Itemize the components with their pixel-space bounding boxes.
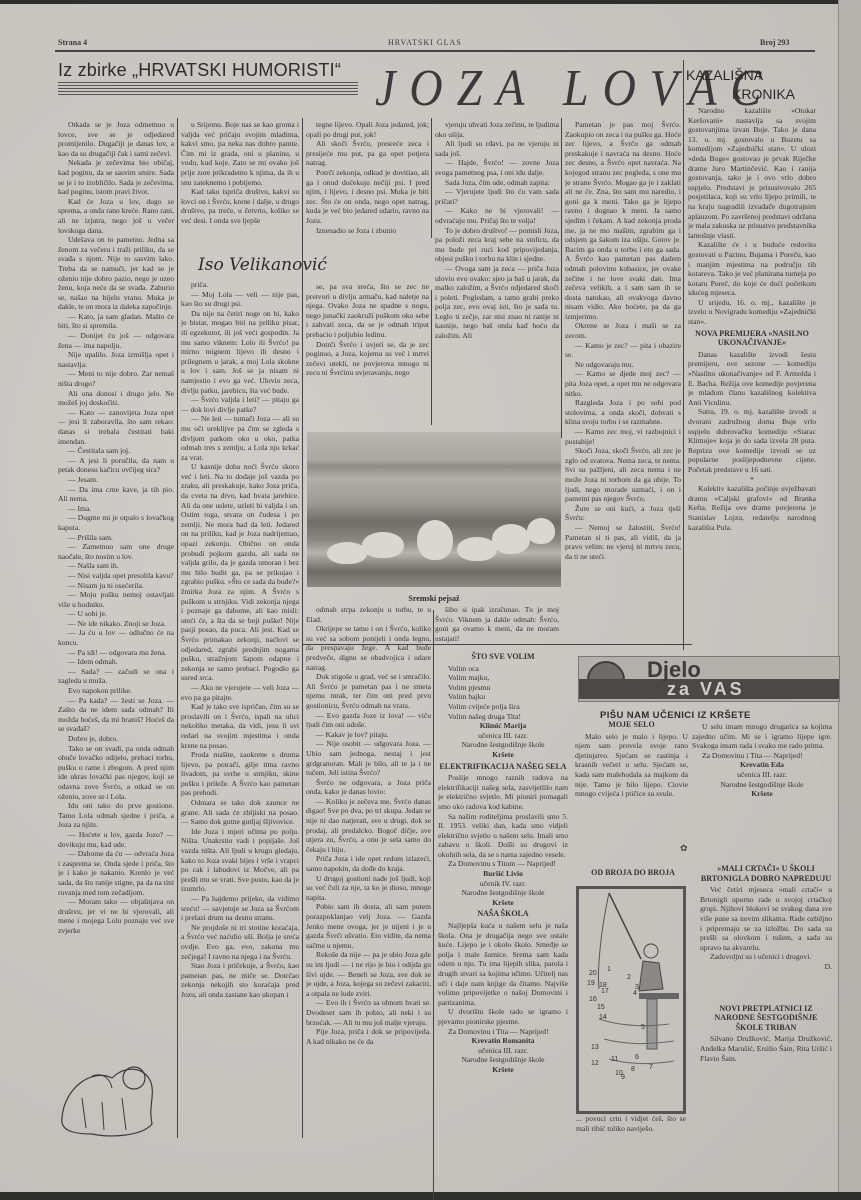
story-column-3-mid: se, pa sva sreća, što se zec ne pretvori… <box>306 282 429 425</box>
svg-text:1: 1 <box>607 966 611 973</box>
children-page-banner: Djelo za VAS <box>578 656 840 702</box>
paragraph: — Evo ih i Švrćo sa ohnom hvati se. Dvod… <box>306 998 431 1027</box>
article-grade: učenica III. razr. <box>692 770 832 780</box>
paragraph: — Dugme mi je otpalo s lovačkog kaputa. <box>58 513 174 532</box>
scan-bottom-edge <box>0 1192 861 1200</box>
article-title: ELEKTRIFIKACIJA NAŠEG SELA <box>438 762 568 772</box>
paragraph: — Hajde, Švrćo! — zovne Joza svoga pamet… <box>435 158 559 177</box>
paragraph: Silvano Družković, Marija Družković, Anđ… <box>700 1034 832 1063</box>
paragraph: Ali skoči Švrćo, presreće zeca i presije… <box>306 139 429 168</box>
paragraph: se, pa sva sreća, što se zec ne pretvori… <box>306 282 429 340</box>
svg-text:13: 13 <box>591 1044 599 1051</box>
paragraph: — Evo gazda Joze iz lova! — viču ljudi č… <box>306 711 431 730</box>
scan-top-edge <box>0 0 861 4</box>
svg-text:2: 2 <box>627 974 631 981</box>
article-title: NAŠA ŠKOLA <box>438 909 568 919</box>
svg-text:18: 18 <box>599 982 607 989</box>
newspaper-name: HRVATSKI GLAS <box>388 38 462 47</box>
paragraph: u Srijemu. Boje nas se kao groma i valjd… <box>181 120 299 187</box>
paragraph: — Sada? — začudi se ona i zagleda u muža… <box>58 667 174 686</box>
article-title: NOVI PRETPLATNICI IZ NARODNE ŠESTGODIŠNJ… <box>700 1004 832 1033</box>
paragraph: — Pa idi! — odgovara mu žena. <box>58 648 174 658</box>
poem-line: Volim cvijeće polja šira <box>438 702 568 712</box>
paragraph: — Kakav je lov? pitaju. <box>306 730 431 740</box>
svg-text:4: 4 <box>633 990 637 997</box>
issue-label: Broj 293 <box>760 38 789 47</box>
paragraph: Sada Joza, čim ude, odmah zapita: <box>435 178 559 188</box>
paragraph: Tako se on svadi, pa onda odmah obuče lo… <box>58 744 174 802</box>
svg-text:11: 11 <box>611 1056 618 1063</box>
article-school: Narodne šestgodišnje škole <box>692 780 832 790</box>
paragraph: Za Domovinu i Tita — Naprijed! <box>438 1027 568 1037</box>
ornament-icon: ✿ <box>680 843 688 854</box>
paragraph: Pije Joza, priča i dok se pripovijeda. A… <box>306 1027 431 1046</box>
paragraph: Dobro je, dobro. <box>58 734 174 744</box>
paragraph: Sutra, 19. o. mj. kazalište izvodi u dvo… <box>688 407 816 474</box>
paragraph: — Meni to nije dobro. Zar nemaš ništa dr… <box>58 369 174 388</box>
poem-line: Volim pjesmu <box>438 683 568 693</box>
paragraph: — Kamo je zec? — pita i obazire se. <box>565 341 681 360</box>
paragraph: — Našla sam ih. <box>58 561 174 571</box>
paragraph: — Ne leti — tumači Joza — ali su mu oči … <box>181 414 299 462</box>
svg-text:5: 5 <box>641 1024 645 1031</box>
paragraph: Skoči Joza, skoči Švrćo, ali zec je zglo… <box>565 446 681 504</box>
paragraph: Da nije na četiri noge on bi, kako je bi… <box>181 309 299 395</box>
story-column-1: Otkada se je Joza odmetnuo u lovce, sve … <box>58 120 174 1030</box>
story-column-2-top: u Srijemu. Boje nas se kao groma i valjd… <box>181 120 299 238</box>
theater-chronicle-title: KAZALIŠNA KRONIKA <box>686 66 795 104</box>
story-column-3-bottom: odmah strpa zekonju u torbu, te u Elad.O… <box>306 605 431 1140</box>
paragraph: vjeruju uhvati Joza zečinu, te ljudima o… <box>435 120 559 139</box>
paragraph: U dvorištu škole rado se igramo i pjevam… <box>438 1007 568 1026</box>
paragraph: — Pa kada? — žesti se Joza. — Zašto da n… <box>58 696 174 734</box>
article-signature: D. <box>700 962 832 972</box>
article-author: Krevatin Eda <box>692 760 832 770</box>
article-place: Kršete <box>692 789 832 799</box>
column-rule <box>561 118 562 438</box>
paragraph: U drugoj gostioni nađe još ljudi, koji s… <box>306 874 431 903</box>
paragraph: Udešava on to pametno. Jedna sa ženom za… <box>58 235 174 312</box>
paragraph: — Ne ide nikako. Znoji se Joza. <box>58 619 174 629</box>
paragraph: — Da ima crne kave, ja tih pio. Ali nema… <box>58 485 174 504</box>
paragraph: — U sobi je. <box>58 609 174 619</box>
svg-text:16: 16 <box>589 996 597 1003</box>
paragraph: — Moju pušku nemoj ostavljati više u hod… <box>58 590 174 609</box>
ornament: * <box>688 475 816 485</box>
paragraph: Kad će Joza u lov, dugo se sprema, a ond… <box>58 197 174 235</box>
puzzle-title: OD BROJA DO BROJA <box>578 868 688 878</box>
article-school: Narodne šestgodišnje škole <box>438 888 568 898</box>
paragraph: — Prišila sam. <box>58 533 174 543</box>
kicker-underline <box>58 82 358 96</box>
paragraph: Poslije mnogo raznih radova na elektrifi… <box>438 773 568 811</box>
poem-line: Volim oca <box>438 664 568 674</box>
article-grade: učenica III. razr. <box>438 1046 568 1056</box>
paragraph: Žure se oni kući, a Joza tješi Švrću: <box>565 504 681 523</box>
page-label: Strana 4 <box>58 38 87 47</box>
puzzle-caption-wrap: ... povuci crtu i vidjet ćeš, što se mal… <box>576 1114 686 1144</box>
article-author: Krevatin Romanita <box>438 1036 568 1046</box>
paragraph: U kasnije doba noći Švrćo skoro već i le… <box>181 462 299 683</box>
paragraph: Kad je tako sve ispričao, čim su se pros… <box>181 702 299 750</box>
paragraph: — Švrćo valjda i leti? — pitaju ga — dok… <box>181 395 299 414</box>
paragraph: — Nisi valjda opet presolila kavu? <box>58 571 174 581</box>
paragraph: — Zametnuo sam one druge naočale, što no… <box>58 542 174 561</box>
paragraph: Okrene se Joza i maši se za zecom. <box>565 321 681 340</box>
paragraph: — A jesi li poručila, da nam u petak don… <box>58 456 174 475</box>
paragraph: — Koliko je zečeva me, Švrćo danas digao… <box>306 797 431 855</box>
theater-chronicle-column: Narodno kazalište »Otokar Keršovani« nas… <box>688 106 816 646</box>
paragraph: Nije upalilo. Joza izmišlja opet i nasta… <box>58 350 174 369</box>
story-column-4-bottom: šibo si ipak izračunao. Tu je moj Švrćo.… <box>435 605 559 645</box>
moje-selo-article-cont: U selu imam mnogo drugarica sa kojima za… <box>692 722 832 842</box>
paragraph: Iznenadio se Joza i zbunio <box>306 226 429 236</box>
paragraph: Stao Joza i pričekuje, a Švrćo, kao pame… <box>181 961 299 999</box>
paragraph: Otkada se je Joza odmetnuo u lovce, sve … <box>58 120 174 158</box>
child-with-dog-sketch <box>52 1058 162 1140</box>
paragraph: Zadovoljni su i učenici i drugovi. <box>700 952 832 962</box>
newspaper-page: Strana 4 HRVATSKI GLAS Broj 293 Iz zbirk… <box>0 0 861 1200</box>
paragraph: — Vjerujete ljudi što ću vam sada pričat… <box>435 187 559 206</box>
premiere-title: NOVA PREMIJERA »NASILNO UKONAČIVANJE« <box>688 329 816 348</box>
puzzle-title-wrap: OD BROJA DO BROJA <box>578 866 688 880</box>
paragraph: — Moj Lola — veli — nije pas, kao što su… <box>181 290 299 309</box>
svg-text:12: 12 <box>591 1060 599 1067</box>
paragraph: Kazalište će i u buduće redovito gostova… <box>688 240 816 298</box>
paragraph: — Hoćete u lov, gazda Jozo? — dovikuju m… <box>58 830 174 849</box>
paragraph: — Ja ću u lov — odlučno će na koncu. <box>58 628 174 647</box>
paragraph: Potrči zekonja, odkud je dovitiao, ali g… <box>306 168 429 226</box>
paragraph: Sa našim roditeljima proslavili smo 5. I… <box>438 812 568 860</box>
paragraph: — Pa hajdemo prijeko, da vidimo sreću! —… <box>181 894 299 923</box>
photo-caption: Sremski pejsaž <box>307 594 561 603</box>
svg-text:8: 8 <box>631 1066 635 1073</box>
paragraph: Već četiri mjeseca »mali crtači« u Brton… <box>700 885 832 952</box>
paragraph: Kolektiv kazališta počinje uvježbavati d… <box>688 484 816 532</box>
paragraph: — Nemoj se žalostiti, Švrćo! Pametan si … <box>565 523 681 561</box>
landscape-photo <box>307 432 561 587</box>
poem-line: Volim našeg druga Tita! <box>438 712 568 722</box>
paragraph: Proda mašite, zaokrene s druma lijevo, p… <box>181 750 299 798</box>
poem-line: Volim majku, <box>438 673 568 683</box>
paragraph: Okrijepe se tamo i on i Švrćo, koliko su… <box>306 624 431 672</box>
paragraph: Danas kazalište izvodi šestu premijeru, … <box>688 350 816 408</box>
svg-text:7: 7 <box>649 1064 653 1071</box>
story-column-2: priča.— Moj Lola — veli — nije pas, kao … <box>181 280 299 1140</box>
paragraph: — Donijet ću još — odgovara žena — ima n… <box>58 331 174 350</box>
paragraph: Dotrči Švrćo i uvjeri se, da je zec pogi… <box>306 340 429 378</box>
paragraph: Pobio sam ih dosta, ali sam putem porazp… <box>306 902 431 950</box>
paragraph: Ne projdoše ni tri stotine koraćaja, a Š… <box>181 923 299 961</box>
paragraph: Malo selo je malo i lijepo. U njem sam p… <box>575 732 688 799</box>
paragraph: — Čestitala sam joj. <box>58 446 174 456</box>
article-place: Kršete <box>438 898 568 908</box>
article-author: Buršić Livio <box>438 869 568 879</box>
article-title: ŠTO SVE VOLIM <box>438 652 568 662</box>
paragraph: Ali ona donosi i drugo jelo. Ne možeš jo… <box>58 389 174 408</box>
article-grade: učenik IV. razr. <box>438 879 568 889</box>
paragraph: Rekoše da nije — pa je ubio Joza gde su … <box>306 950 431 998</box>
story-column-5: Pametan je pas moj Švrćo. Zaokupio on ze… <box>565 120 681 640</box>
paragraph: Dok stigoše u grad, već se i smračilo. A… <box>306 672 431 710</box>
column-rule <box>177 118 178 1138</box>
article-school: Narodne šestgodišnje škole <box>438 740 568 750</box>
fisherman-dot-puzzle-icon: 1234567891011121314151617181920 <box>579 889 683 1111</box>
paragraph: Odmara se tako dok zaunce ne grane. Ali … <box>181 798 299 827</box>
paragraph: — Nisam ju ni osećerila. <box>58 581 174 591</box>
paragraph: To je dobro društvo! — pomisli Joza, pa … <box>435 226 559 264</box>
column-rule <box>431 290 432 425</box>
article-title: »MALI CRTAČI« U ŠKOLI BRTONIGLA DOBRO NA… <box>700 864 832 883</box>
paragraph: Narodno kazalište »Otokar Keršovani« nas… <box>688 106 816 240</box>
paragraph: U srijedu, 16. o. mj., kazalište je izve… <box>688 298 816 327</box>
svg-text:6: 6 <box>635 1054 639 1061</box>
paragraph: — Ima. <box>58 504 174 514</box>
paragraph: odmah strpa zekonju u torbu, te u Elad. <box>306 605 431 624</box>
story-author: Iso Velikanović <box>198 255 327 275</box>
paragraph: — Kako ne bi vjerovali! — odvraćaju mu. … <box>435 206 559 225</box>
children-column-right: »MALI CRTAČI« U ŠKOLI BRTONIGLA DOBRO NA… <box>700 862 832 1182</box>
paragraph: Ide Joza i mjeri očima po polju. Ništa. … <box>181 827 299 894</box>
paragraph: — Ako ne vjerujete — veli Joza — evo pa … <box>181 683 299 702</box>
puzzle-caption: ... povuci crtu i vidjet ćeš, što se mal… <box>576 1114 686 1133</box>
svg-text:14: 14 <box>599 1014 607 1021</box>
theater-title-line2: KRONIKA <box>686 85 795 104</box>
paragraph: tegne lijevo. Opali Joza jedared, jok; o… <box>306 120 429 139</box>
dot-to-dot-puzzle[interactable]: 1234567891011121314151617181920 <box>576 886 686 1114</box>
paragraph: Ali ljudi su rđavi, pa ne vjeruju ni sad… <box>435 139 559 158</box>
poem-line: Volim bajku <box>438 692 568 702</box>
svg-text:15: 15 <box>597 1004 605 1011</box>
banner-word-za-vas: za VAS <box>667 679 745 700</box>
paragraph: šibo si ipak izračunao. Tu je moj Švrćo.… <box>435 605 559 643</box>
paragraph: Za Domovinu i Tita — Naprijed! <box>692 751 832 761</box>
column-rule <box>433 650 434 1200</box>
paragraph: — Kamo se djede moj zec? — pita Joza ope… <box>565 369 681 398</box>
svg-text:19: 19 <box>587 980 595 987</box>
paragraph: Nekada je zečevima bio običaj, kad pogin… <box>58 158 174 196</box>
paragraph: Za Domovinu s Titom — Naprijed! <box>438 859 568 869</box>
article-author: Klimić Marija <box>438 721 568 731</box>
theater-title-line1: KAZALIŠNA <box>686 67 763 83</box>
svg-text:20: 20 <box>589 970 597 977</box>
paragraph: Najljepša kuća u našem selu je naša škol… <box>438 921 568 1007</box>
story-column-3-top: tegne lijevo. Opali Joza jedared, jok; o… <box>306 120 429 238</box>
article-place: Kršete <box>438 1065 568 1075</box>
svg-text:10: 10 <box>615 1070 623 1077</box>
story-column-4: vjeruju uhvati Joza zečinu, te ljudima o… <box>435 120 559 425</box>
story-kicker: Iz zbirke „HRVATSKI HUMORISTI“ <box>58 60 341 81</box>
column-rule <box>431 118 432 238</box>
paragraph: U selu imam mnogo drugarica sa kojima za… <box>692 722 832 751</box>
paragraph: — Moram tako — objašnjava on društvu, je… <box>58 897 174 935</box>
paragraph: — Idem odmah. <box>58 657 174 667</box>
paragraph: Kad tako ispriča društvu, kakvi su lovci… <box>181 187 299 225</box>
paragraph: Švrćo ne odgovara, a Joza priča onda, ka… <box>306 778 431 797</box>
svg-text:17: 17 <box>601 988 609 995</box>
paragraph: Priča Joza i ide opet redom izlazeći, sa… <box>306 854 431 873</box>
paragraph: Razgleda Joza i po sobi pod stolovima, a… <box>565 398 681 427</box>
moje-selo-article: MOJE SELOMalo selo je malo i lijepo. U n… <box>575 718 688 848</box>
paragraph: Evo napokon prilike. <box>58 686 174 696</box>
paragraph: — Kato — zanovijeta Joza opet — jesi li … <box>58 408 174 446</box>
paragraph: Ne odgovaraju mu. <box>565 360 681 370</box>
article-grade: učenica III. razr. <box>438 731 568 741</box>
article-place: Kršete <box>438 750 568 760</box>
paragraph: Idu oni tako do prve gostione. Tamo Lola… <box>58 801 174 830</box>
column-rule <box>683 60 684 650</box>
header-rule <box>55 50 815 52</box>
paragraph: Pametan je pas moj Švrćo. Zaokupio on ze… <box>565 120 681 321</box>
paragraph: — Kamo zec moj, vi razbojnici i pustahij… <box>565 427 681 446</box>
article-title: MOJE SELO <box>575 720 688 730</box>
paragraph: priča. <box>181 280 299 290</box>
article-school: Narodne šestgodišnje škole <box>438 1055 568 1065</box>
paragraph: — Jesam. <box>58 475 174 485</box>
scan-right-edge <box>838 0 861 1200</box>
paragraph: — Nije osobit — odgovara Joza. — Ubio sa… <box>306 739 431 777</box>
paragraph: — Ovoga sam ja zeca — priča Joza ulovio … <box>435 264 559 341</box>
paragraph: — Kato, ja sam gladan. Mašto će biti, št… <box>58 312 174 331</box>
children-column-1: ŠTO SVE VOLIMVolim ocaVolim majku,Volim … <box>438 650 568 1190</box>
paragraph: — Dabome da ću — odvraća Joza i zasprema… <box>58 849 174 897</box>
